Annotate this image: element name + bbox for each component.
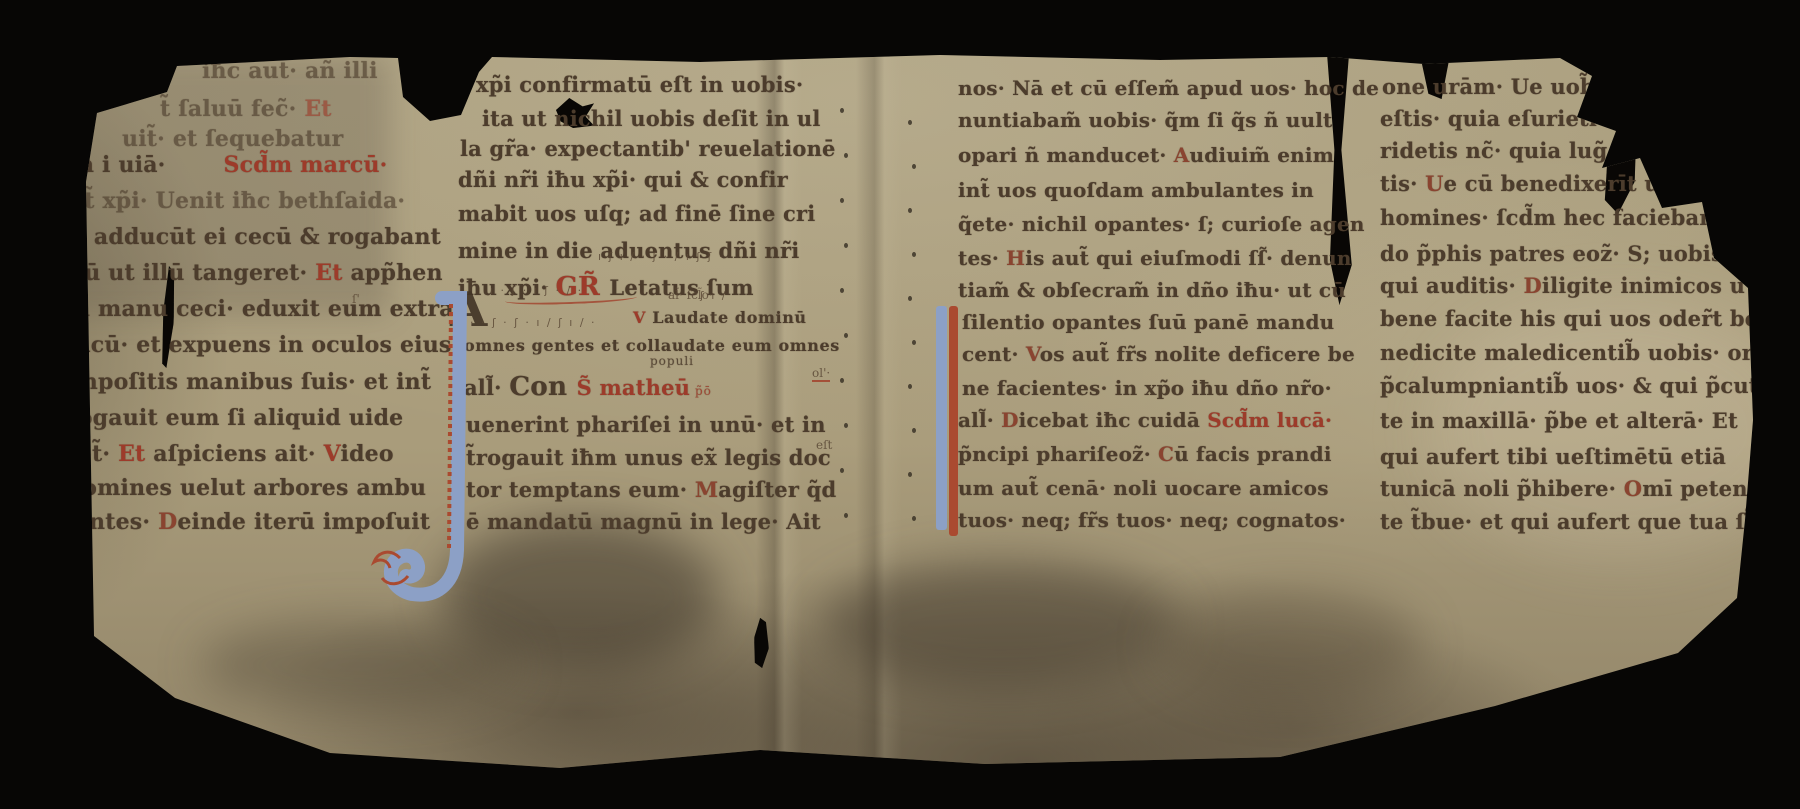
text-line: iſt̃ xp̃i· Uenit iħc bethſaida· xyxy=(66,188,405,214)
ink-text: la gr̃a· expectantib' reuelationē xyxy=(460,136,836,161)
ink-text: populi xyxy=(650,354,694,368)
marginal-gloss: ol'· xyxy=(812,366,830,382)
ink-text: ret̃· xyxy=(66,441,118,467)
stain xyxy=(200,620,520,710)
text-line: ñ i uiā·Scd̃m marcū· xyxy=(78,152,388,178)
ink-text: one urām· Ue uob̃ xyxy=(1382,74,1595,99)
ink-text: homines· ſcd̃m hec faciebant pſe xyxy=(1380,205,1770,230)
neume-row: ı ʃ ı ∕ · ʃ · ∕ ı ʃ ʃ · xyxy=(598,250,724,263)
pricking-hole xyxy=(840,108,844,113)
text-line: la gr̃a· expectantib' reuelationē xyxy=(460,136,836,161)
pricking-hole xyxy=(844,513,848,518)
parchment-fragment: iħc aut̃· añ illit̃ ſaluū fec̃· Etuit̃· … xyxy=(0,0,1800,809)
ink-text: cent· xyxy=(962,342,1026,366)
text-line: bene facite his qui uos oder̃t be xyxy=(1380,306,1758,331)
ink-text: bene facite his qui uos oder̃t be xyxy=(1380,306,1758,331)
rubric-text: S̃ matheū xyxy=(577,375,691,400)
chant-gloss: ſ' xyxy=(352,292,360,306)
ink-text: tis· xyxy=(1380,171,1425,196)
pricking-hole xyxy=(844,423,848,428)
text-line: all̃· Dicebat iħc cuidā Scd̃m lucā· xyxy=(958,408,1332,432)
manuscript-photo: iħc aut̃· añ illit̃ ſaluū fec̃· Etuit̃· … xyxy=(0,0,1800,809)
text-line: tor temptans eum· Magiſter q̃d xyxy=(466,477,836,502)
ink-text: xp̃i confirmatū eſt in uobis· xyxy=(476,72,803,97)
ink-text: p̃calumpniantib̃ uos· & qui p̃cutit xyxy=(1380,373,1777,398)
ink-text: dñi nr̃i iħu xp̃i· qui & confir xyxy=(458,167,788,192)
text-line: qui auditis· Diligite inimicos u xyxy=(1380,273,1745,298)
pricking-hole xyxy=(912,252,916,257)
ink-text: ne facientes· in xp̃o iħu dño nr̃o· xyxy=(962,376,1332,400)
ink-text: qui auditis· xyxy=(1380,273,1524,298)
text-line: te t̃bue· et qui aufert que tua ſt̃ xyxy=(1380,509,1755,534)
ink-text: all̃· xyxy=(958,408,1001,432)
rubric-text: Et xyxy=(315,260,342,286)
stain xyxy=(1160,590,1420,700)
ink-text: do p̃phis patres eoz̃· S; uobis dico xyxy=(1380,241,1781,266)
text-line: ret̃· Et aſpiciens ait· Video xyxy=(66,441,394,467)
text-line: & adducūt ei cecū & rogabant xyxy=(66,224,441,250)
ink-text: p̃ncipi phariſeoz̃· xyxy=(958,442,1158,466)
text-line: qui aufert tibi ueſtimētū etiā xyxy=(1380,444,1726,469)
ink-text: int̃ uos quoſdam ambulantes in xyxy=(958,178,1314,202)
text-line: nedicite maledicentib̃ uobis· ora xyxy=(1380,340,1767,365)
ink-text: tes· xyxy=(958,246,1006,270)
pricking-hole xyxy=(908,384,912,389)
ink-text: eſtis· quia eſurieti xyxy=(1380,106,1597,131)
ink-text: mī petenti xyxy=(1642,476,1766,501)
ink-text: tunicā noli p̃hibere· xyxy=(1380,476,1624,501)
text-line: t̃ ſaluū fec̃· Et xyxy=(160,96,332,122)
pricking-hole xyxy=(840,198,844,203)
text-line: nuntiabam̃ uobis· q̃m ſi q̃s ñ uult xyxy=(958,108,1332,132)
ink-text: e cū benedixerīt uobis xyxy=(1444,171,1709,196)
ink-text: iligite inimicos u xyxy=(1542,273,1745,298)
ink-text: os aut̃ fr̃s nolite deficere be xyxy=(1040,342,1355,366)
rubric-text: Et xyxy=(118,441,145,467)
illuminated-initial-bar-red xyxy=(949,306,958,536)
text-line: do p̃phis patres eoz̃· S; uobis dico xyxy=(1380,241,1781,266)
text-line: V Laudate dominū xyxy=(633,303,807,328)
text-line: p̃calumpniantib̃ uos· & qui p̃cutit xyxy=(1380,373,1777,398)
marginal-gloss: eſt xyxy=(816,438,832,452)
illuminated-initial-I-blue xyxy=(360,290,480,620)
text-line: populi xyxy=(650,345,694,370)
chant-gloss: al̃· ſcl̃o· xyxy=(668,288,713,302)
pricking-hole xyxy=(908,296,912,301)
pricking-hole xyxy=(844,243,848,248)
ink-text: ē mandatū magnū in lege· Ait xyxy=(466,509,821,534)
ink-text: um aut̃ cenā· noli uocare amicos xyxy=(958,476,1329,500)
ink-text: aſpiciens ait· xyxy=(145,441,323,467)
ink-text: app̃hen xyxy=(343,260,443,286)
ink-text: rogauit eum ſi aliquid uide xyxy=(66,405,403,431)
illuminated-initial-bar-blue xyxy=(936,306,947,530)
text-line: mabit uos uſq; ad finē ſine cri xyxy=(458,201,816,226)
text-line: ita ut nichil uobis deſit in ul xyxy=(482,106,821,131)
rubric-text: p̃ō xyxy=(690,384,712,398)
ink-text: O xyxy=(1624,476,1643,501)
ink-text: & adducūt ei cecū & rogabant xyxy=(66,224,441,250)
neume-row: · · ʃ · ʃ · ı ∕ ʃ ı ∕ · xyxy=(470,316,597,329)
ink-text: mabit uos uſq; ad finē ſine cri xyxy=(458,201,816,226)
rubric-text: Et xyxy=(304,96,331,122)
ink-text: udiuim̃ enim xyxy=(1189,143,1334,167)
pricking-hole xyxy=(912,516,916,521)
pricking-hole xyxy=(912,340,916,345)
pricking-hole xyxy=(908,208,912,213)
pricking-hole xyxy=(908,120,912,125)
ink-text: icebat iħc cuidā xyxy=(1019,408,1208,432)
ink-text: iħc aut̃· añ illi xyxy=(202,58,378,84)
rubric-text: Scd̃m marcū· xyxy=(224,152,388,178)
text-line: ē mandatū magnū in lege· Ait xyxy=(466,509,821,534)
rubric-text: V xyxy=(633,308,652,327)
text-line: tunicā noli p̃hibere· Omī petenti xyxy=(1380,476,1766,501)
text-line: t̃rogauit iħm unus ex̃ legis doc xyxy=(466,445,831,470)
ink-text: t̃ ſaluū fec̃· xyxy=(160,96,304,122)
text-line: q̃ete· nichil opantes· ſ; curioſe agen xyxy=(958,212,1365,236)
text-line: rogauit eum ſi aliquid uide xyxy=(66,405,403,431)
ink-text: uenerint phariſei in unū· et in xyxy=(466,412,826,437)
ink-text: tiam̃ & obſecram̃ in dño iħu· ut cū xyxy=(958,278,1346,302)
ink-text: A xyxy=(1174,143,1190,167)
ink-text: ū facis prandi xyxy=(1174,442,1331,466)
rubric-text: V xyxy=(324,441,341,467)
ink-text: tor temptans eum· xyxy=(466,477,695,502)
text-line: eū ut illū tangeret· Et app̃hen xyxy=(70,260,443,286)
ink-text: ita ut nichil uobis deſit in ul xyxy=(482,106,821,131)
ink-text: te in maxillā· p̃be et alterā· Et xyxy=(1380,408,1738,433)
ink-text: ñ i uiā· xyxy=(78,152,166,178)
ink-text: iſt̃ xp̃i· Uenit iħc bethſaida· xyxy=(66,188,405,214)
text-line: uit̃· et ſequebatur xyxy=(122,126,343,152)
ink-text: te t̃bue· et qui aufert que tua ſt̃ xyxy=(1380,509,1755,534)
text-line: all̃· Con S̃ matheū p̃ō xyxy=(464,371,712,402)
text-line: ne facientes· in xp̃o iħu dño nr̃o· xyxy=(962,376,1332,400)
ink-text: nuntiabam̃ uobis· q̃m ſi q̃s ñ uult xyxy=(958,108,1332,132)
text-line: homines· ſcd̃m hec faciebant pſe xyxy=(1380,205,1770,230)
ink-text: nos· Nā et cū eſſem̃ apud uos· hoc de xyxy=(958,76,1379,100)
ink-text: nedicite maledicentib̃ uobis· ora xyxy=(1380,340,1767,365)
text-line: xp̃i confirmatū eſt in uobis· xyxy=(476,72,803,97)
text-line: cent· Vos aut̃ fr̃s nolite deficere be xyxy=(962,342,1355,366)
text-line: ridetis nc̃· quia lug̃ xyxy=(1380,138,1607,163)
rubric-text: Scd̃m lucā· xyxy=(1207,408,1332,432)
pricking-hole xyxy=(908,472,912,477)
text-line: p̃ncipi phariſeoz̃· Cū facis prandi xyxy=(958,442,1332,466)
stain xyxy=(820,560,1180,690)
ink-text: lantes· xyxy=(66,509,158,535)
ink-text: is aut̃ qui eiuſmodi ſſ̃· denun xyxy=(1025,246,1351,270)
ink-text: agiſter q̃d xyxy=(718,477,836,502)
ink-text: uit̃· et ſequebatur xyxy=(122,126,343,152)
pricking-hole xyxy=(840,288,844,293)
text-line: nos· Nā et cū eſſem̃ apud uos· hoc de xyxy=(958,76,1379,100)
neume-row: ı · ʃ · ı ʃ · ∕ · xyxy=(490,284,583,297)
ink-text: t̃rogauit iħm unus ex̃ legis doc xyxy=(466,445,831,470)
ink-text: ridetis nc̃· quia lug̃ xyxy=(1380,138,1607,163)
pricking-hole xyxy=(844,153,848,158)
text-line: tes· His aut̃ qui eiuſmodi ſſ̃· denun xyxy=(958,246,1352,270)
ink-text: U xyxy=(1425,171,1444,196)
pricking-hole xyxy=(844,333,848,338)
text-line: int̃ uos quoſdam ambulantes in xyxy=(958,178,1314,202)
ink-text: M xyxy=(695,477,718,502)
ink-text: ſilentio opantes ſuū panē mandu xyxy=(962,310,1334,334)
text-line: uenerint phariſei in unū· et in xyxy=(466,412,826,437)
ink-text: qui aufert tibi ueſtimētū etiā xyxy=(1380,444,1726,469)
text-line: iħc aut̃· añ illi xyxy=(202,58,378,84)
text-line: ſilentio opantes ſuū panē mandu xyxy=(962,310,1334,334)
pricking-hole xyxy=(840,468,844,473)
ink-text: H xyxy=(1006,246,1025,270)
ink-text: D xyxy=(1001,408,1019,432)
pricking-hole xyxy=(840,378,844,383)
ink-text: C xyxy=(1158,442,1174,466)
text-line: um aut̃ cenā· noli uocare amicos xyxy=(958,476,1329,500)
text-line: one urām· Ue uob̃ xyxy=(1382,74,1595,99)
ink-text: V xyxy=(1026,342,1040,366)
text-line: tiam̃ & obſecram̃ in dño iħu· ut cū xyxy=(958,278,1346,302)
ink-text: D xyxy=(158,509,177,535)
pricking-hole xyxy=(912,164,916,169)
ink-text: q̃ete· nichil opantes· ſ; curioſe agen xyxy=(958,212,1365,236)
text-line: tuos· neq; fr̃s tuos· neq; cognatos· xyxy=(958,508,1346,532)
text-line: eſtis· quia eſurieti xyxy=(1380,106,1597,131)
ink-text: D xyxy=(1524,273,1542,298)
text-line: dñi nr̃i iħu xp̃i· qui & confir xyxy=(458,167,788,192)
ink-text: tuos· neq; fr̃s tuos· neq; cognatos· xyxy=(958,508,1346,532)
ink-text: eū ut illū tangeret· xyxy=(70,260,315,286)
ink-text: Con xyxy=(509,371,576,402)
text-line: tis· Ue cū benedixerīt uobis xyxy=(1380,171,1709,196)
text-line: te in maxillā· p̃be et alterā· Et xyxy=(1380,408,1738,433)
ink-text: Laudate dominū xyxy=(652,308,806,327)
text-line: opari ñ manducet· Audiuim̃ enim xyxy=(958,143,1334,167)
pricking-hole xyxy=(912,428,916,433)
ink-text: opari ñ manducet· xyxy=(958,143,1174,167)
